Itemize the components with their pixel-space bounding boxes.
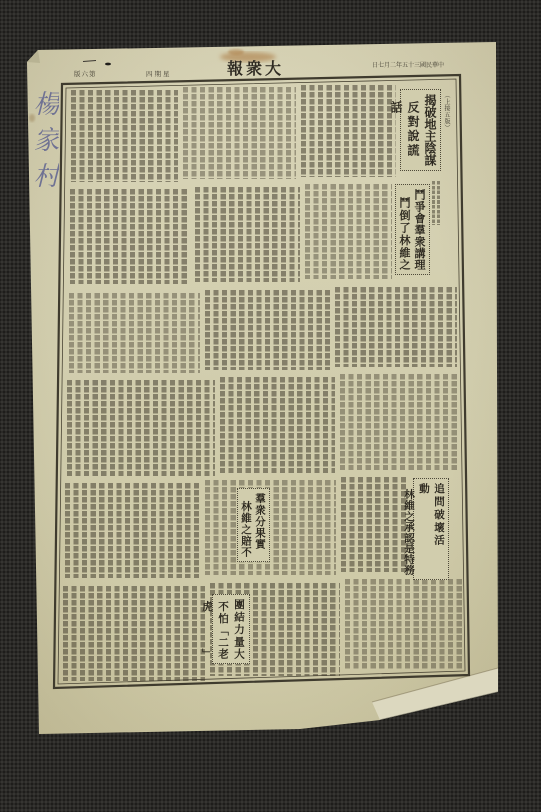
headline-text: 鬥爭會羣衆講理 鬥倒了林維之 [398,189,427,270]
body-text-block [181,87,296,179]
headline-line: 林維之賠不 [239,493,253,557]
headline-text: 追問破壞活動 林維之承認是特務 [416,483,446,575]
body-text-block [61,586,205,681]
headline-line: 羣衆分果實 [253,493,267,557]
body-text-block [63,483,200,578]
body-text-block [343,579,462,669]
folded-corner-top-left [27,50,40,63]
headline-line: 鬥倒了林維之 [397,189,412,270]
body-text-block [338,374,459,470]
body-text-block [68,189,190,284]
body-text-block [303,184,392,279]
headline-box-landlord-conspiracy: 揭破地主陰謀 反對說謊話 [400,89,441,171]
body-text-block [65,380,215,476]
masthead-title: 大衆報 [227,60,284,78]
photo-scene: 楊家村 第六版 星期四 大衆報 中華民國三十五年二月七日 （上接五版） [0,0,541,812]
headline-box-unity: 團結力量大 不怕「二老虎」 [212,594,250,664]
page-number-label: 第六版 [74,70,97,78]
headline-line: 追問破壞活動 [416,483,446,575]
body-text-block [69,90,178,182]
headline-text: 團結力量大 不怕「二老虎」 [215,599,247,659]
body-text-block [218,377,335,473]
ink-blot [105,63,111,66]
headline-text: 揭破地主陰謀 反對說謊話 [403,94,438,166]
headline-text: 羣衆分果實 林維之賠不 [240,493,267,557]
handwritten-note: 楊家村 [27,90,59,220]
headline-line: 不怕「二老虎」 [199,599,231,659]
headline-line: 林維之承認是特務 [401,483,416,575]
headline-box-sabotage-inquiry: 追問破壞活動 林維之承認是特務 [413,478,449,580]
body-text-block [299,85,396,177]
headline-box-struggle-meeting: 鬥爭會羣衆講理 鬥倒了林維之 [395,184,430,275]
body-text-block [67,293,200,373]
weekday-label: 星期四 [146,70,172,78]
headline-line: 鬥爭會羣衆講理 [412,189,427,270]
headline-line: 反對說謊話 [387,94,421,166]
continued-from-label: （上接五版） [442,92,450,138]
body-text-block [339,477,409,572]
body-text-block [193,187,300,282]
issue-date: 中華民國三十五年二月七日 [372,62,444,70]
body-text-block [203,290,330,370]
rust-stain-small [228,49,244,55]
body-text-note [431,181,442,225]
headline-line: 揭破地主陰謀 [421,94,438,166]
headline-line: 團結力量大 [231,599,247,659]
headline-box-fruits-distribution: 羣衆分果實 林維之賠不 [237,488,270,562]
body-text-block [333,287,457,367]
